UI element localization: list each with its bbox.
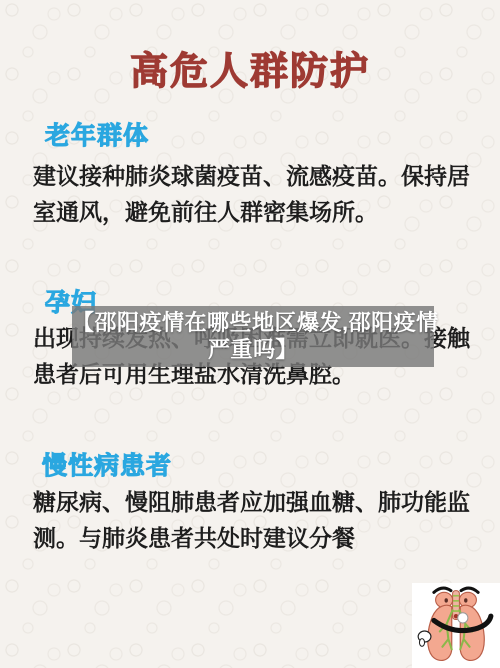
watermark-caption: 【邵阳疫情在哪些地区爆发,邵阳疫情 严重吗】 — [72, 306, 434, 367]
body-line: 建议接种肺炎球菌疫苗、流感疫苗。保持居 — [33, 160, 483, 196]
body-line: 室通风，避免前往人群密集场所。 — [33, 196, 483, 232]
section-body-chronic: 糖尿病、慢阻肺患者应加强血糖、肺功能监 测。与肺炎患者共处时建议分餐 — [33, 486, 483, 558]
poster-title: 高危人群防护 — [0, 50, 500, 94]
lungs-illustration — [412, 583, 500, 668]
body-line: 测。与肺炎患者共处时建议分餐 — [33, 522, 483, 558]
watermark-caption-line: 严重吗】 — [72, 336, 434, 363]
section-body-elderly: 建议接种肺炎球菌疫苗、流感疫苗。保持居 室通风，避免前往人群密集场所。 — [33, 160, 483, 232]
watermark-caption-line: 【邵阳疫情在哪些地区爆发,邵阳疫情 — [72, 309, 434, 336]
section-heading-chronic: 慢性病患者 — [42, 452, 172, 480]
health-poster: 高危人群防护 老年群体 建议接种肺炎球菌疫苗、流感疫苗。保持居 室通风，避免前往… — [0, 0, 500, 668]
body-line: 糖尿病、慢阻肺患者应加强血糖、肺功能监 — [33, 486, 483, 522]
section-heading-elderly: 老年群体 — [45, 122, 149, 150]
cartoon-lungs-icon — [412, 583, 500, 668]
